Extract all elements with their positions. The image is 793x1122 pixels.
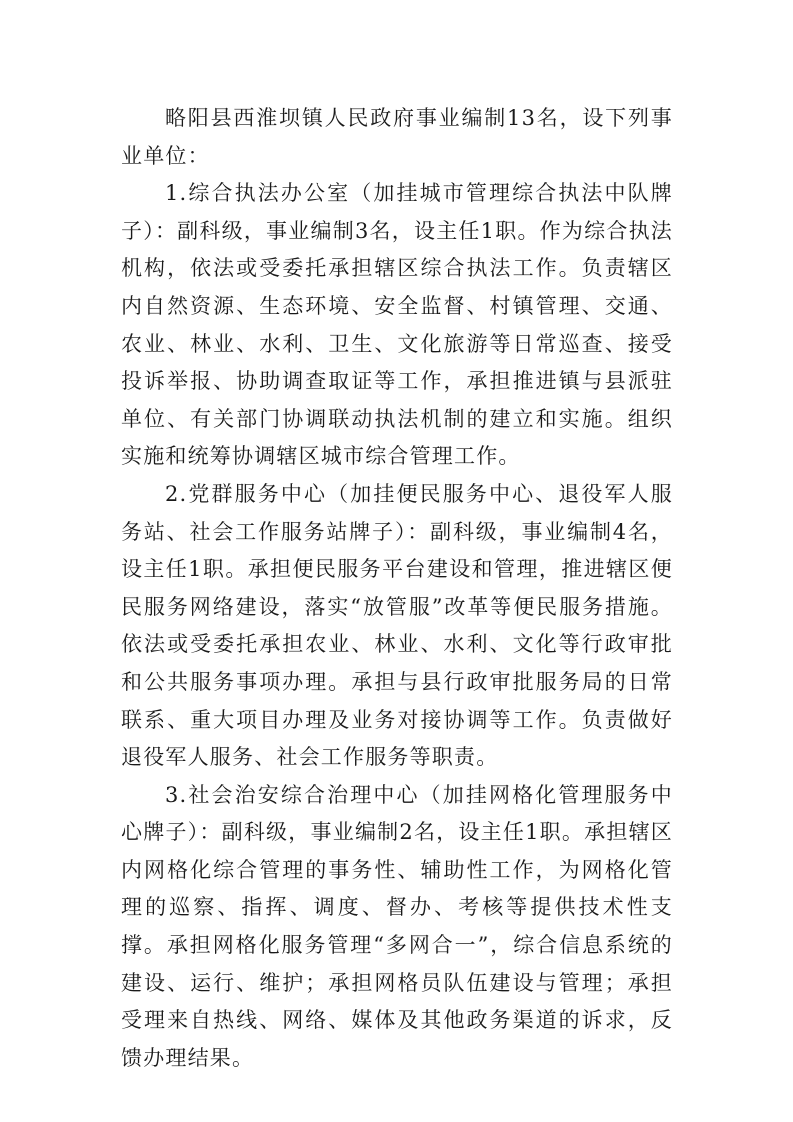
unit-2-party-mass-service-center: 2.党群服务中心（加挂便民服务中心、退役军人服务站、社会工作服务站牌子）：副科级… (121, 476, 673, 777)
document-page: 略阳县西淮坝镇人民政府事业编制13名，设下列事业单位： 1.综合执法办公室（加挂… (121, 100, 673, 1077)
unit-3-social-security-governance-center: 3.社会治安综合治理中心（加挂网格化管理服务中心牌子）：副科级，事业编制2名，设… (121, 777, 673, 1078)
unit-1-comprehensive-enforcement-office: 1.综合执法办公室（加挂城市管理综合执法中队牌子）：副科级，事业编制3名，设主任… (121, 175, 673, 476)
intro-paragraph: 略阳县西淮坝镇人民政府事业编制13名，设下列事业单位： (121, 100, 673, 175)
